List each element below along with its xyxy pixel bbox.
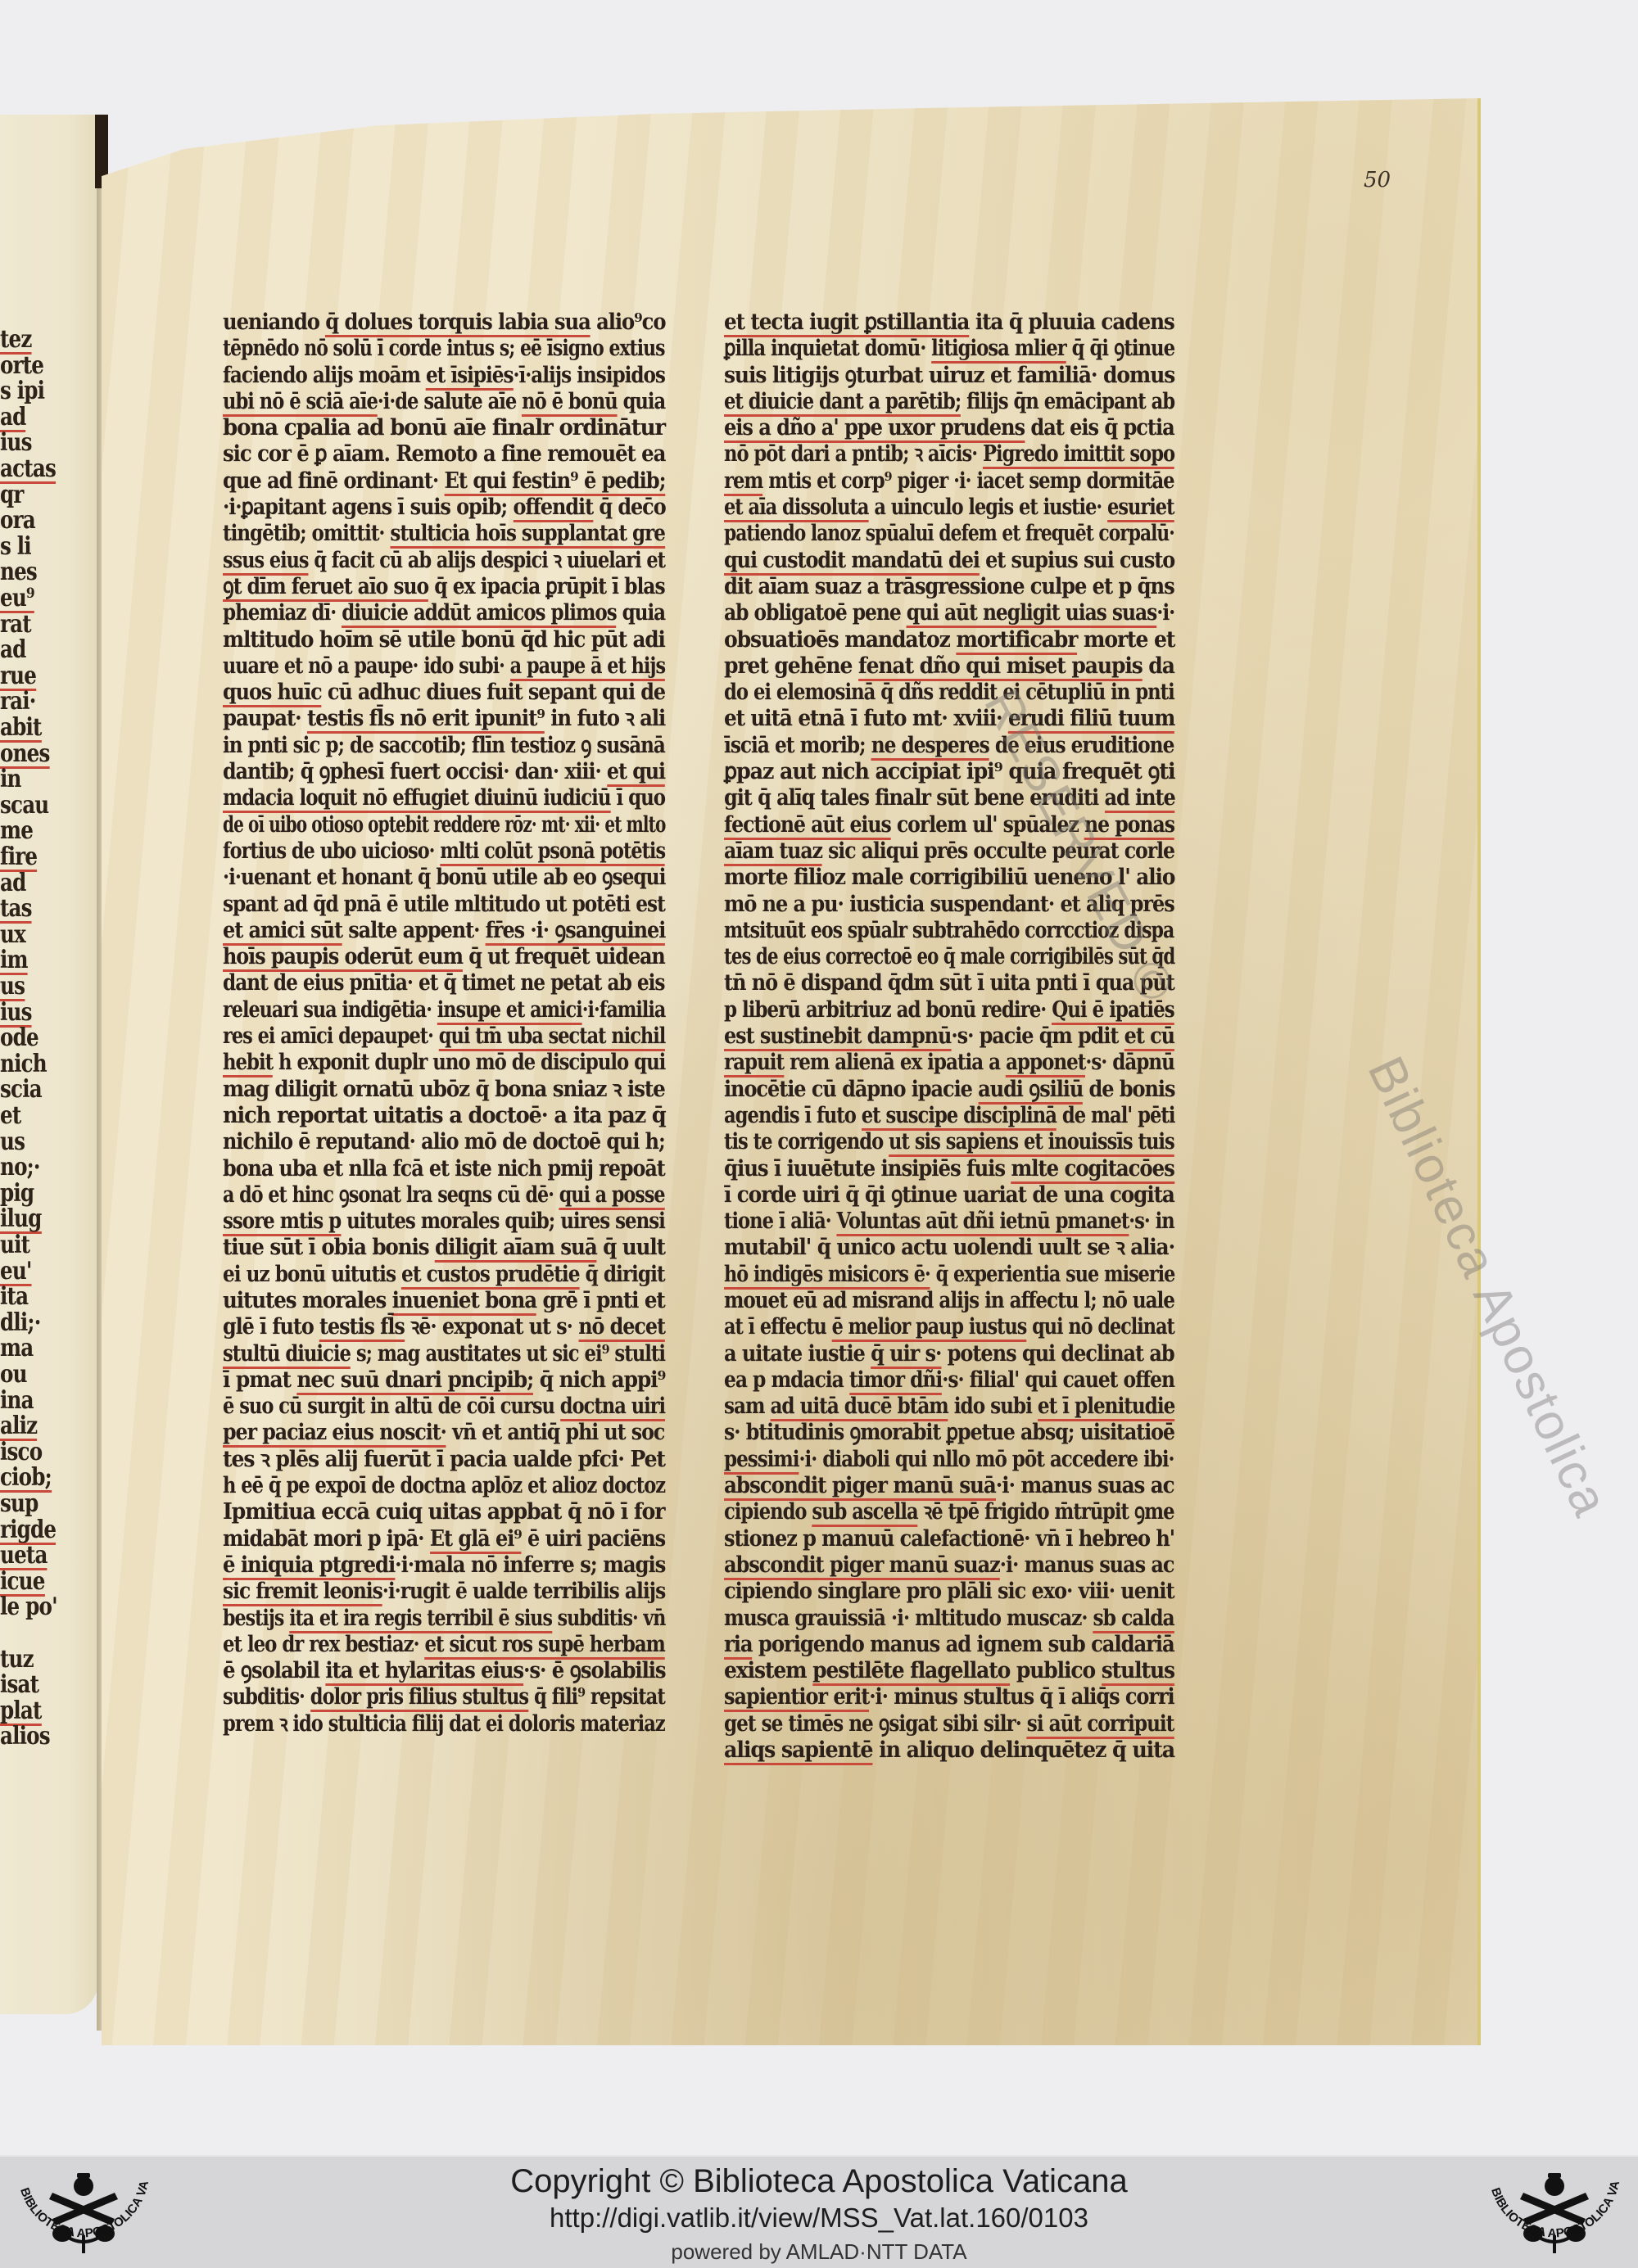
line-text: ·s· in bbox=[1129, 1209, 1174, 1234]
line-text: q̄ ut frequēt uidean bbox=[463, 944, 665, 969]
manuscript-line: q̄ius ī iuuētute insipiēs fuis mlte cogi… bbox=[724, 1156, 1132, 1182]
manuscript-line: ·i·uenant et honant q̄ bonū utile ab eo … bbox=[223, 865, 604, 891]
manuscript-line: a uitate iustie q̄ uir s· potens qui dec… bbox=[724, 1341, 1125, 1367]
manuscript-line: hebit h exponit duplr uno mō de discipul… bbox=[223, 1050, 596, 1076]
rubricated-lemma: doctna uiri bbox=[560, 1394, 665, 1421]
copyright-text: Copyright © Biblioteca Apostolica Vatica… bbox=[0, 2163, 1638, 2200]
facing-page-verso: tezortes ipiadiusactasqroras lineseu⁹rat… bbox=[0, 115, 98, 2014]
facing-text-fragment: et bbox=[0, 1104, 20, 1128]
facing-text-fragment: ad bbox=[0, 871, 26, 896]
facing-text-fragment: orte bbox=[0, 354, 43, 378]
rubricated-lemma: fr̄es ·i· ꝯsanguinei bbox=[486, 918, 666, 946]
line-text: ·i· manus suas ac bbox=[1000, 1552, 1174, 1578]
rubricated-lemma: fectionē aūt eius bbox=[724, 812, 891, 840]
manuscript-line: ꝯt dīm feruet aīo suo q̄ ex ipacia ꝑrūpi… bbox=[223, 574, 607, 600]
vatican-library-logo-right: BIBLIOTECA APOSTOLICA VATICANA bbox=[1473, 2162, 1636, 2265]
line-text: grē ī pnti et bbox=[536, 1288, 665, 1313]
line-text: rem alienā ex ipatia a bbox=[784, 1050, 1006, 1075]
line-text: quia bbox=[617, 600, 665, 626]
manuscript-line: de oī uibo otioso optebit reddere rōz· m… bbox=[223, 812, 550, 838]
line-text: ·s· ē ꝯsolabilis bbox=[523, 1658, 666, 1683]
rubricated-lemma: esuriet bbox=[1107, 495, 1174, 522]
line-text: a dō et hinc ꝯsonat lra seqns cū dē· bbox=[223, 1182, 559, 1208]
rubricated-lemma: rapuit bbox=[724, 1050, 784, 1078]
line-text: ·s· pacie q̄m pdit bbox=[951, 1023, 1124, 1049]
line-text: nich reportat uitatis a doctoē· a ita pa… bbox=[223, 1103, 666, 1128]
rubricated-lemma: testis fl̄s nō erit ipunit⁹ bbox=[307, 706, 545, 734]
rubricated-lemma: diuicie addūt amicos plimos bbox=[342, 600, 616, 628]
rubricated-lemma: hebit bbox=[223, 1050, 273, 1078]
manuscript-line: tes de eius correctoē eo q̄ male corrigi… bbox=[724, 944, 1079, 970]
facing-text-fragment: isco bbox=[0, 1440, 42, 1465]
manuscript-line: ē suo cū surgit in altū de cōi cursu doc… bbox=[223, 1394, 592, 1420]
manuscript-line: rem mtis et corp⁹ piger ·i· iacet semp d… bbox=[724, 468, 1103, 495]
manuscript-line: que ad finē ordinant· Et qui festin⁹ ē p… bbox=[223, 468, 619, 495]
rubricated-lemma: a paupe ā et hijs bbox=[510, 653, 665, 681]
rubricated-lemma: pessimi bbox=[724, 1447, 799, 1475]
manuscript-line: sic cor ē ꝑ aīam. Remoto a fine remouēt … bbox=[223, 441, 623, 468]
rubricated-lemma: et cū bbox=[1124, 1023, 1174, 1051]
facing-text-fragment: ita bbox=[0, 1285, 28, 1309]
rubricated-lemma: rem bbox=[724, 468, 762, 496]
line-text: sic aliqui prēs occulte peurat corle bbox=[822, 838, 1174, 864]
facing-text-fragment: nes bbox=[0, 560, 37, 585]
line-text: dit aīam suaz a trāsgressione culpe et p… bbox=[724, 574, 1174, 599]
manuscript-line: ubi nō ē sciā aīe·i·de salute aīe nō ē b… bbox=[223, 389, 594, 415]
line-text: ꝑilla inquietat domū· bbox=[724, 336, 931, 361]
rubricated-lemma: ria bbox=[724, 1632, 753, 1660]
line-text: subditis· vn̄ bbox=[552, 1606, 666, 1631]
manuscript-line: releuari sua indigētia· insupe et amici·… bbox=[223, 997, 588, 1023]
line-text: ei uz bonū uitutis bbox=[223, 1262, 401, 1287]
line-text: ꝑpaz aut nich accipiat ipi⁹ quia frequēt… bbox=[724, 759, 1174, 784]
line-text: stionez p manuū calefactionē· vn̄ ī hebr… bbox=[724, 1526, 1174, 1552]
manuscript-line: ē iniquia ptgredi·i·mala nō inferre s; m… bbox=[223, 1552, 622, 1579]
rubricated-lemma: ad inte bbox=[1105, 785, 1175, 813]
manuscript-line: do ei elemosinā q̄ dñs reddit ei cētupli… bbox=[724, 680, 1103, 706]
text-column-right: et tecta iugit ꝑstillantia ita q̄ pluuia… bbox=[724, 309, 1174, 1764]
rubricated-lemma: stultū diuicie bbox=[223, 1341, 351, 1369]
rubricated-lemma: et ī plenitudie bbox=[1038, 1394, 1174, 1421]
line-text: ab obligatoē pene bbox=[724, 600, 907, 626]
rubricated-lemma: ē iniquia ptgredi bbox=[223, 1552, 395, 1580]
line-text: q̄ius ī iuuētute insipiēs fuis bbox=[724, 1156, 1011, 1181]
rubricated-lemma: nō decet bbox=[578, 1314, 665, 1342]
rubricated-lemma: diligit aīam suā bbox=[435, 1235, 597, 1263]
facing-text-fragment: ina bbox=[0, 1389, 34, 1413]
line-text: sam bbox=[724, 1394, 770, 1419]
rubricated-lemma: pestilēte flagellato bbox=[812, 1658, 1010, 1686]
line-text: cū adhuc diues fuit sepant qui de bbox=[322, 680, 665, 705]
facing-text-fragment: s li bbox=[0, 535, 31, 559]
line-text: da bbox=[1143, 653, 1174, 679]
line-text: ·i· minus stultus q̄ ī aliq̄s corri bbox=[869, 1684, 1174, 1710]
line-text: ī quo bbox=[611, 785, 666, 811]
line-text: ·s· dāpnū bbox=[1085, 1050, 1174, 1075]
line-text: cipiendo singlare pro plāli sic exo· vii… bbox=[724, 1579, 1174, 1604]
line-text: ·i· manus suas ac bbox=[996, 1473, 1174, 1498]
rubricated-lemma: qui aūt negligit uias suas bbox=[907, 600, 1156, 628]
line-text: glē ī futo bbox=[223, 1314, 319, 1340]
manuscript-line: uitutes morales inueniet bona grē ī pnti… bbox=[223, 1288, 625, 1314]
manuscript-line: bona uba et nlla fcā et iste nich pmij r… bbox=[223, 1156, 614, 1182]
manuscript-line: est sustinebit dampnū·s· pacie q̄m pdit … bbox=[724, 1023, 1124, 1050]
rubricated-lemma: et aīa dissoluta bbox=[724, 495, 869, 522]
manuscript-line: ī pmat nec suū dnari pncipib; q̄ nich ap… bbox=[223, 1367, 631, 1394]
rubricated-lemma: et suscipe disciplinā bbox=[862, 1103, 1057, 1131]
manuscript-line: inocētie cū dāpno ipacie audi ꝯsiliū de … bbox=[724, 1077, 1125, 1103]
folio-number: 50 bbox=[1364, 168, 1391, 192]
manuscript-line: ab obligatoē pene qui aūt negligit uias … bbox=[724, 600, 1114, 626]
manuscript-line: agendis ī futo et suscipe disciplinā de … bbox=[724, 1103, 1102, 1129]
rubricated-lemma: ē melior paup iustus bbox=[832, 1314, 1027, 1342]
manuscript-line: mtsituūt eos spūalr subtrahēdo corrcctio… bbox=[724, 918, 1093, 944]
line-text: porigendo manus ad ignem sub caldariā bbox=[753, 1632, 1174, 1657]
rubricated-lemma: et qui bbox=[607, 759, 665, 787]
rubricated-lemma: ita et hylaritas eius bbox=[325, 1658, 523, 1686]
line-text: q̄ uult bbox=[597, 1235, 665, 1260]
footer-bar: Copyright © Biblioteca Apostolica Vatica… bbox=[0, 2155, 1638, 2268]
line-text: ꝛē tpē frigido m̄trūpit ꝯme bbox=[918, 1499, 1174, 1525]
facing-text-fragment: ux bbox=[0, 923, 25, 947]
line-text: in aliquo delinquētez q̄ uita bbox=[872, 1737, 1174, 1763]
line-text: filijs q̄n emācipant ab bbox=[961, 389, 1174, 414]
line-text: salte appent· bbox=[342, 918, 486, 943]
facing-text-fragment: alios bbox=[0, 1724, 50, 1749]
line-text: pret gehēne bbox=[724, 653, 858, 679]
manuscript-line: fortius de ubo uicioso· mlti colūt psonā… bbox=[223, 838, 590, 865]
line-text: ea p mdacia bbox=[724, 1367, 849, 1393]
facing-text-fragment: rat bbox=[0, 612, 31, 637]
line-text: Ipmitiua eccā cuiq uitas appbat q̄ nō ī … bbox=[223, 1499, 664, 1525]
manuscript-line: sam ad uitā ducē btām ido subi et ī plen… bbox=[724, 1394, 1110, 1420]
line-text: de mal' pēti bbox=[1057, 1103, 1175, 1128]
line-text: q̄ nich appi⁹ bbox=[533, 1367, 665, 1393]
manuscript-line: dit aīam suaz a trāsgressione culpe et p… bbox=[724, 574, 1128, 600]
rubricated-lemma: stultus bbox=[1102, 1658, 1174, 1686]
manuscript-line: h eē q̄ pe expoī de doctna aplōz et alio… bbox=[223, 1473, 592, 1499]
rubricated-lemma: apponet bbox=[1006, 1050, 1085, 1078]
facing-text-fragment: isat bbox=[0, 1673, 38, 1697]
manuscript-line: nō pōt dari a pntib; ꝛ aīcis· Pigredo im… bbox=[724, 441, 1102, 468]
manuscript-line: Ipmitiua eccā cuiq uitas appbat q̄ nō ī … bbox=[223, 1499, 636, 1525]
manuscript-line: tione ī aliā· Voluntas aūt dñi ietnū pma… bbox=[724, 1209, 1102, 1235]
rubricated-lemma: sic fremit leonis bbox=[223, 1579, 382, 1606]
facing-text-fragment: dli;· bbox=[0, 1311, 40, 1335]
line-text: ueniando bbox=[223, 309, 325, 335]
vatican-library-logo-left: BIBLIOTECA APOSTOLICA VATICANA bbox=[2, 2162, 165, 2265]
manuscript-line: stionez p manuū calefactionē· vn̄ ī hebr… bbox=[724, 1526, 1125, 1552]
line-text: suis litigijs ꝯturbat uiruz et familiā· … bbox=[724, 363, 1174, 388]
rubricated-lemma: q̄ dolues torquis labia sua bbox=[325, 309, 590, 337]
rubricated-lemma: et custos prudētie bbox=[401, 1262, 579, 1290]
line-text: de bonis bbox=[1083, 1077, 1174, 1102]
rubricated-lemma: hoīs paupis oderūt eum bbox=[223, 944, 463, 972]
line-text: do ei elemosinā q̄ dñs reddit ei cētupli… bbox=[724, 680, 1174, 705]
manuscript-line: cipiendo sub ascella ꝛē tpē frigido m̄tr… bbox=[724, 1499, 1102, 1525]
manuscript-line: stultū diuicie s; mag austitates ut sic … bbox=[223, 1341, 595, 1367]
facing-text-fragment: uit bbox=[0, 1233, 29, 1258]
line-text: mag diligit ornatū ubōz q̄ bona sniaz ꝛ … bbox=[223, 1077, 665, 1102]
rubricated-lemma: abscondit piger manū suā bbox=[724, 1473, 996, 1501]
line-text: releuari sua indigētia· bbox=[223, 997, 437, 1023]
powered-by-text: powered by AMLAD·NTT DATA bbox=[0, 2239, 1638, 2265]
manuscript-line: mltitudo hoīm sē utile bonū q̄d hic pūt … bbox=[223, 627, 626, 653]
line-text: ꝛē· exponat ut s· bbox=[405, 1314, 578, 1340]
manuscript-line: dant de eius pnītia· et q̄ timet ne peta… bbox=[223, 970, 604, 996]
facing-text-fragment: scia bbox=[0, 1078, 42, 1102]
line-text: musca grauissiā ·i· mltitudo muscaz· bbox=[724, 1606, 1093, 1631]
rubricated-lemma: mdacia loquit nō effugiet diuinū iudiciū bbox=[223, 785, 611, 813]
line-text: mutabil' q̄ unico actu uolendi uult se ꝛ… bbox=[724, 1235, 1174, 1260]
line-text: ē suo cū surgit in altū de cōi cursu bbox=[223, 1394, 560, 1419]
line-text: s; mag austitates ut sic ei⁹ stulti bbox=[351, 1341, 665, 1367]
line-text: a uitate iustie bbox=[724, 1341, 871, 1367]
line-text: h exponit duplr uno mō de discipulo qui bbox=[273, 1050, 665, 1075]
manuscript-line: tn̄ nō ē dispand q̄dm sūt ī uita pnti ī … bbox=[724, 970, 1125, 996]
line-text: patiendo lanoz spūaluī defem et frequēt … bbox=[724, 521, 1174, 546]
line-text: ·i· diaboli qui nllo mō pōt accedere ibi… bbox=[799, 1447, 1174, 1472]
line-text: tēpnēdo nō solū ī corde intus s; eē īsig… bbox=[223, 336, 664, 361]
manuscript-line: et amici sūt salte appent· fr̄es ·i· ꝯsa… bbox=[223, 918, 616, 944]
manuscript-line: quos huīc cū adhuc diues fuit sepant qui… bbox=[223, 680, 614, 706]
line-text: ·ī·alijs insipidos bbox=[513, 363, 664, 388]
manuscript-line: abscondit piger manū suā·i· manus suas a… bbox=[724, 1473, 1135, 1499]
line-text: potens qui declinat ab bbox=[941, 1341, 1174, 1367]
manuscript-line: et diuicie dant a parētib; filijs q̄n em… bbox=[724, 389, 1102, 415]
line-text: tes ꝛ plēs alij fuerūt ī pacia ualde pfc… bbox=[223, 1447, 665, 1472]
manuscript-line: mutabil' q̄ unico actu uolendi uult se ꝛ… bbox=[724, 1235, 1136, 1261]
rubricated-lemma: ad uitā ducē btām bbox=[770, 1394, 948, 1421]
manuscript-line: qui custodit mandatū dei et supius sui c… bbox=[724, 548, 1123, 574]
rubricated-lemma: per paciaz eius noscit· bbox=[223, 1420, 446, 1448]
line-text: p liberū arbitriuz ad bonū redire· bbox=[724, 997, 1052, 1023]
manuscript-line: midabāt mori p ipā· Et glā ei⁹ ē uiri pa… bbox=[223, 1526, 617, 1552]
manuscript-line: eis a dño a' ppe uxor prudens dat eis q̄… bbox=[724, 415, 1127, 441]
line-text: uitutes morales bbox=[223, 1288, 392, 1313]
manuscript-line: pessimi·i· diaboli qui nllo mō pōt acced… bbox=[724, 1447, 1109, 1473]
rubricated-lemma: testis fl̄s bbox=[319, 1314, 405, 1342]
manuscript-line: et uitā etnā ī futo mt· xviii· erudi fil… bbox=[724, 706, 1136, 732]
facing-text-fragment: ius bbox=[0, 431, 32, 455]
manuscript-line: ī corde uiri q̄ q̄i ꝯtinue uariat de una… bbox=[724, 1182, 1136, 1209]
line-text: inocētie cū dāpno ipacie bbox=[724, 1077, 978, 1102]
line-text: paupat· bbox=[223, 706, 307, 731]
line-text: mouet eū ad misrand alijs in affectu l; … bbox=[724, 1288, 1174, 1313]
line-text: que ad finē ordinant· bbox=[223, 468, 445, 494]
line-text: a uinculo legis et iustie· bbox=[869, 495, 1108, 520]
line-text: q̄ dec̄o bbox=[593, 495, 666, 520]
rubricated-lemma: sapientior erit bbox=[724, 1684, 869, 1712]
manuscript-line: tingētib; omittit· stulticia hoīs suppla… bbox=[223, 521, 600, 547]
line-text: dantib; q̄ ꝯphesī fuert occisi· dan· xii… bbox=[223, 759, 607, 784]
line-text: ·i·de salute aīe bbox=[378, 389, 522, 414]
facing-text-fragment: ad bbox=[0, 638, 26, 662]
facing-text-fragment: ma bbox=[0, 1336, 33, 1361]
rubricated-lemma: et tecta iugit ꝑstillantia bbox=[724, 309, 969, 337]
line-text: dat eis q̄ pctia bbox=[1025, 415, 1174, 440]
facing-text-fragment: rai· bbox=[0, 689, 36, 714]
line-text: tione ī aliā· bbox=[724, 1209, 837, 1234]
line-text: subditis· bbox=[223, 1684, 310, 1710]
line-text: q̄ facit cū ab alijs despici ꝛ uiuelari … bbox=[309, 548, 665, 573]
facing-text-fragment: in bbox=[0, 767, 21, 792]
rubricated-lemma: Pigredo imittit sopo bbox=[983, 441, 1174, 469]
facing-text-fragment: le po' bbox=[0, 1595, 57, 1620]
rubricated-lemma: et amici sūt bbox=[223, 918, 342, 946]
facing-text-fragment: ora bbox=[0, 508, 35, 533]
line-text: at ī effectu bbox=[724, 1314, 832, 1340]
manuscript-line: in pnti sic p; de saccotib; flīn testioz… bbox=[223, 733, 600, 759]
line-text: ē uiri paciēns bbox=[522, 1526, 665, 1552]
rubricated-lemma: ut sis sapiens et inouissīs tuis bbox=[889, 1129, 1174, 1157]
facing-text-fragment: nich bbox=[0, 1052, 47, 1077]
rubricated-lemma: qui a posse bbox=[559, 1182, 665, 1210]
line-text: nō pōt dari a pntib; ꝛ aīcis· bbox=[724, 441, 983, 467]
rubricated-lemma: dolor pris filius stultus bbox=[310, 1684, 528, 1712]
line-text: q̄ fili⁹ repsitat bbox=[528, 1684, 665, 1710]
line-text: ē ꝯsolabil bbox=[223, 1658, 325, 1683]
rubricated-lemma: offendit bbox=[513, 495, 593, 522]
manuscript-line: phemiaz dī· diuicie addūt amicos plimos … bbox=[223, 600, 600, 626]
manuscript-line: hō indigēs misicors ē· q̄ experientia su… bbox=[724, 1262, 1097, 1288]
rubricated-lemma: litigiosa mlier bbox=[931, 336, 1066, 364]
line-text: fortius de ubo uicioso· bbox=[223, 838, 440, 864]
manuscript-line: pret gehēne fenat dño qui miset paupis d… bbox=[724, 653, 1142, 680]
manuscript-line: et leo dr rex bestiaz· et sicut ros supē… bbox=[223, 1632, 597, 1658]
rubricated-lemma: nō ē bonū bbox=[522, 389, 618, 417]
line-text: ido subi bbox=[948, 1394, 1038, 1419]
line-text: s· btitudinis ꝯmorabit ꝑpetue absq; uisi… bbox=[724, 1420, 1174, 1445]
line-text: ·s· filial' qui cauet offen bbox=[942, 1367, 1174, 1393]
rubricated-lemma: sb calda bbox=[1093, 1606, 1174, 1633]
rubricated-lemma: audi ꝯsiliū bbox=[978, 1077, 1083, 1105]
line-text: agendis ī futo bbox=[724, 1103, 862, 1128]
line-text: ita q̄ pluuia cadens bbox=[969, 309, 1174, 335]
facing-text-fragment: ode bbox=[0, 1026, 38, 1050]
rubricated-lemma: aīam tuaz bbox=[724, 838, 822, 866]
manuscript-line: rapuit rem alienā ex ipatia a apponet·s·… bbox=[724, 1050, 1108, 1076]
rubricated-lemma: insupe et amici bbox=[437, 997, 582, 1025]
line-text: tn̄ nō ē dispand q̄dm sūt ī uita pnti ī … bbox=[724, 970, 1174, 996]
manuscript-line: tes ꝛ plēs alij fuerūt ī pacia ualde pfc… bbox=[223, 1447, 634, 1473]
rubricated-lemma: abscondit piger manū suaz bbox=[724, 1552, 1000, 1580]
rubricated-lemma: mortificabr bbox=[956, 627, 1077, 655]
line-text: spant ad q̄d pnā ē utile mltitudo ut pot… bbox=[223, 892, 665, 917]
rubricated-lemma: sub ascella bbox=[812, 1499, 917, 1527]
manuscript-line: mdacia loquit nō effugiet diuinū iudiciū… bbox=[223, 785, 598, 811]
manuscript-line: uuare et nō a paupe· ido subi· a paupe ā… bbox=[223, 653, 589, 680]
line-text: midabāt mori p ipā· bbox=[223, 1526, 430, 1552]
source-url[interactable]: http://digi.vatlib.it/view/MSS_Vat.lat.1… bbox=[0, 2202, 1638, 2234]
line-text: ·i·mala nō inferre s; magis bbox=[395, 1552, 665, 1578]
manuscript-line: nich reportat uitatis a doctoē· a ita pa… bbox=[223, 1103, 644, 1129]
line-text: īsciā et morib; bbox=[724, 733, 871, 758]
line-text: tiue sūt ī obia bonis bbox=[223, 1235, 435, 1260]
facing-text-fragment: me bbox=[0, 819, 33, 843]
manuscript-line: subditis· dolor pris filius stultus q̄ f… bbox=[223, 1684, 593, 1710]
manuscript-line: get se timēs ne ꝯsigat sibi silr· si aūt… bbox=[724, 1711, 1111, 1737]
line-text: cipiendo bbox=[724, 1499, 812, 1525]
facing-text-fragment: pig bbox=[0, 1181, 34, 1206]
manuscript-line: patiendo lanoz spūaluī defem et frequēt … bbox=[724, 521, 1087, 547]
manuscript-line: tēpnēdo nō solū ī corde intus s; eē īsig… bbox=[223, 336, 582, 362]
manuscript-line: ssus eius q̄ facit cū ab alijs despici ꝛ… bbox=[223, 548, 590, 574]
manuscript-line: at ī effectu ē melior paup iustus qui nō… bbox=[724, 1314, 1097, 1340]
facing-text-fragment: scau bbox=[0, 793, 48, 818]
manuscript-line: ē ꝯsolabil ita et hylaritas eius·s· ē ꝯs… bbox=[223, 1658, 622, 1684]
line-text: ·i·familia bbox=[582, 997, 666, 1023]
rubricated-lemma: Et qui festin⁹ ē pedib; bbox=[445, 468, 666, 496]
rubricated-lemma: qui custodit mandatū dei bbox=[724, 548, 980, 576]
line-text: nichilo ē reputand· alio mō de doctoē qu… bbox=[223, 1129, 665, 1154]
manuscript-line: spant ad q̄d pnā ē utile mltitudo ut pot… bbox=[223, 892, 604, 918]
manuscript-line: per paciaz eius noscit· vn̄ et antiq̄ ph… bbox=[223, 1420, 612, 1446]
manuscript-line: res ei amīci depaupet· qui tm̄ uba secta… bbox=[223, 1023, 590, 1050]
line-text: vn̄ et antiq̄ phi ut soc bbox=[446, 1420, 664, 1445]
rubricated-lemma: ssus eius bbox=[223, 548, 309, 576]
line-text: q̄ experientia sue miserie bbox=[930, 1262, 1175, 1287]
line-text: bestijs bbox=[223, 1606, 289, 1631]
manuscript-line: ssore mtis p uitutes morales quib; uires… bbox=[223, 1209, 599, 1235]
line-text: bona uba et nlla fcā et iste nich pmij r… bbox=[223, 1156, 665, 1181]
line-text: phemiaz dī· bbox=[223, 600, 342, 626]
manuscript-line: ria porigendo manus ad ignem sub caldari… bbox=[724, 1632, 1129, 1658]
manuscript-line: mag diligit ornatū ubōz q̄ bona sniaz ꝛ … bbox=[223, 1077, 626, 1103]
line-text: tis te corrigendo bbox=[724, 1129, 889, 1154]
line-text: ·i·rugit ē ualde terribilis alijs bbox=[382, 1579, 665, 1604]
facing-text-fragment: tuz bbox=[0, 1647, 34, 1672]
facing-text-fragment: ou bbox=[0, 1362, 27, 1387]
rubricated-lemma: est sustinebit dampnū bbox=[724, 1023, 951, 1051]
line-text: ·i· bbox=[1156, 600, 1174, 626]
manuscript-line: hoīs paupis oderūt eum q̄ ut frequēt uid… bbox=[223, 944, 614, 970]
manuscript-line: nichilo ē reputand· alio mō de doctoē qu… bbox=[223, 1129, 614, 1155]
manuscript-line: glē ī futo testis fl̄s ꝛē· exponat ut s·… bbox=[223, 1314, 614, 1340]
manuscript-line: ueniando q̄ dolues torquis labia sua ali… bbox=[223, 309, 620, 336]
manuscript-line: et aīa dissoluta a uinculo legis et iust… bbox=[724, 495, 1099, 521]
rubricated-lemma: mlti colūt psonā potētis bbox=[440, 838, 665, 866]
line-text: existem bbox=[724, 1658, 812, 1683]
svg-text:BIBLIOTECA APOSTOLICA VATICANA: BIBLIOTECA APOSTOLICA VATICANA bbox=[2, 2162, 152, 2240]
line-text: publico bbox=[1010, 1658, 1101, 1683]
rubricated-lemma: qui tm̄ uba sectat nichil bbox=[439, 1023, 666, 1051]
line-text: mltitudo hoīm sē utile bonū q̄d hic pūt … bbox=[223, 627, 665, 653]
rubricated-lemma: quos huīc bbox=[223, 680, 322, 707]
facing-text-fragment: us bbox=[0, 1130, 25, 1154]
manuscript-line: sic fremit leonis·i·rugit ē ualde terrib… bbox=[223, 1579, 605, 1605]
rubricated-lemma: Voluntas aūt dñi ietnū pmanet bbox=[837, 1209, 1129, 1236]
line-text: q̄ ex ipacia ꝑrūpit ī blas bbox=[428, 574, 664, 599]
line-text: in pnti sic p; de saccotib; flīn testioz… bbox=[223, 733, 665, 758]
manuscript-line: ·i·ꝑapitant agens ī suis opib; offendit … bbox=[223, 495, 615, 521]
manuscript-line: cipiendo singlare pro plāli sic exo· vii… bbox=[724, 1579, 1125, 1605]
manuscript-line: p liberū arbitriuz ad bonū redire· Qui ē… bbox=[724, 997, 1107, 1023]
line-text: get se timēs ne ꝯsigat sibi silr· bbox=[724, 1711, 1027, 1737]
rubricated-lemma: inueniet bona bbox=[392, 1288, 536, 1316]
rubricated-lemma: aliqs sapientē bbox=[724, 1737, 872, 1765]
line-text: alio⁹co bbox=[590, 309, 666, 335]
line-text: in futo ꝛ ali bbox=[545, 706, 665, 731]
line-text: tingētib; omittit· bbox=[223, 521, 390, 546]
rubricated-lemma: ne desperes bbox=[871, 733, 989, 761]
rubricated-lemma: ssore mtis p bbox=[223, 1209, 341, 1236]
rubricated-lemma: nec suū dnari pncipib; bbox=[296, 1367, 533, 1395]
rubricated-lemma: et diuicie dant a parētib; bbox=[724, 389, 961, 417]
manuscript-line: prem ꝛ ido stulticia filij dat ei dolori… bbox=[223, 1711, 593, 1737]
line-text: prem ꝛ ido stulticia filij dat ei dolori… bbox=[223, 1711, 665, 1737]
manuscript-line: bona cpalia ad bonū aīe finalr ordinātur bbox=[223, 415, 650, 441]
